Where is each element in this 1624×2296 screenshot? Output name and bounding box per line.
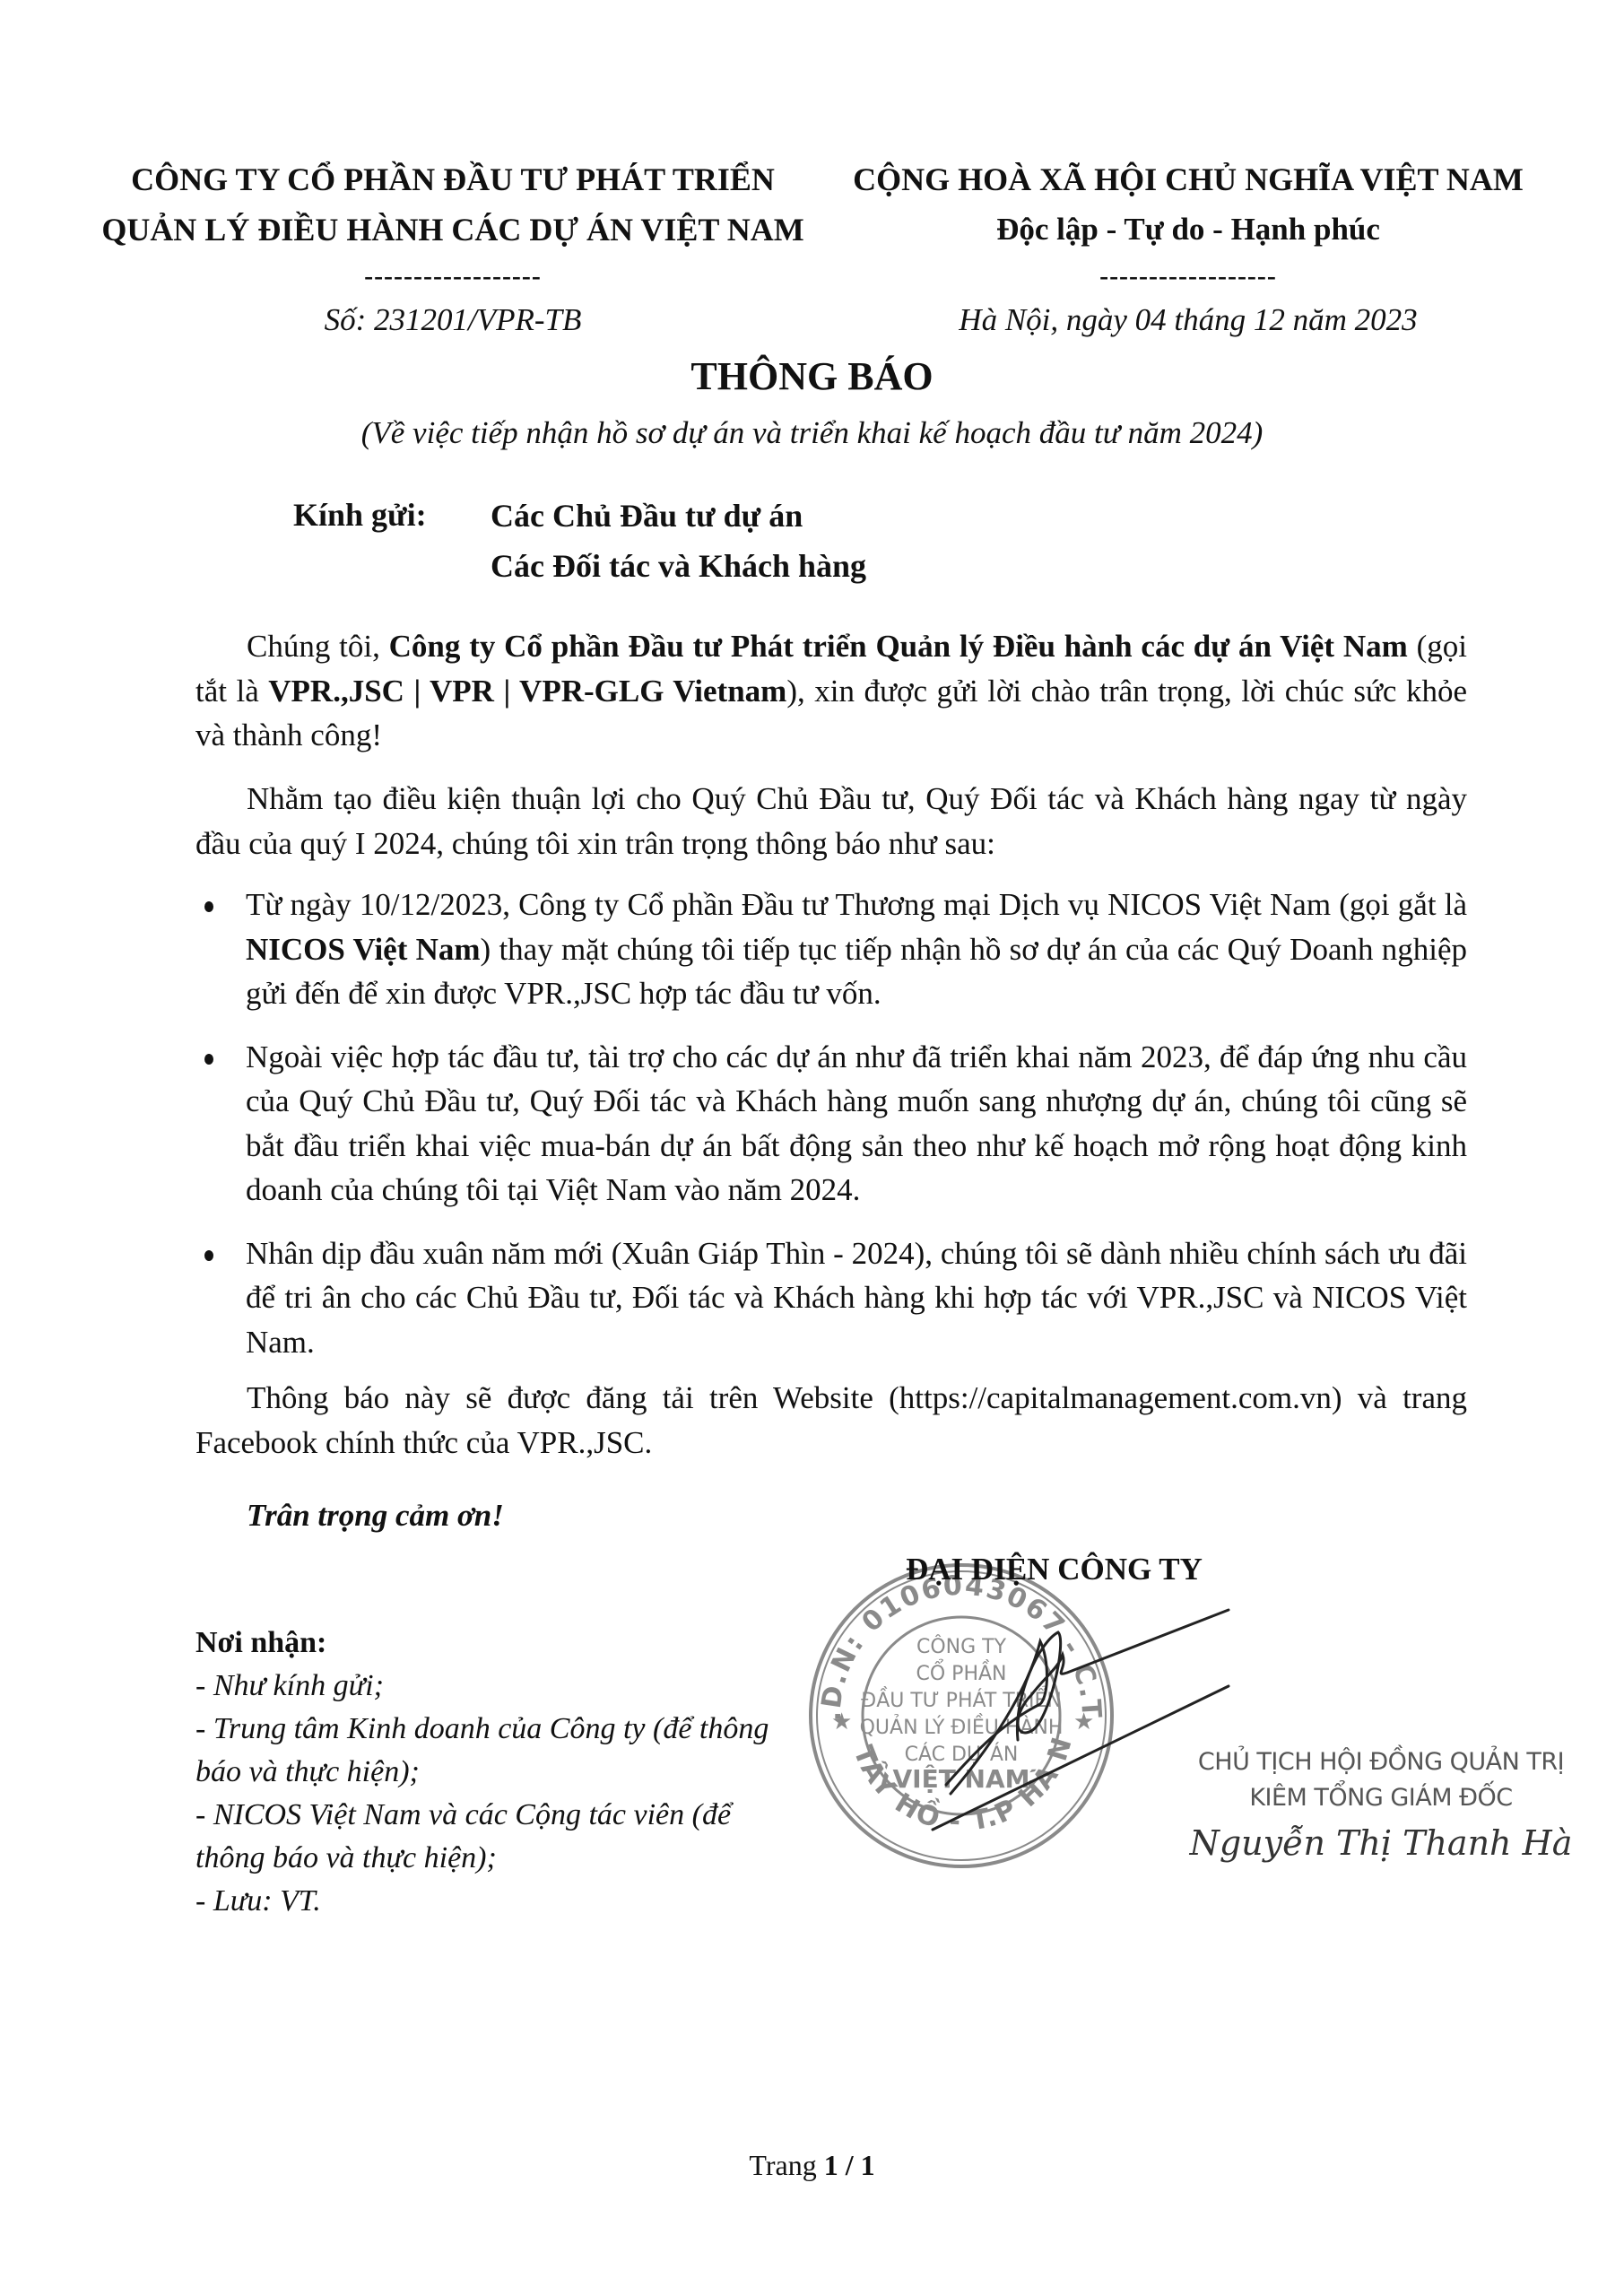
bullet-text: Ngoài việc hợp tác đầu tư, tài trợ cho c… <box>246 1039 1467 1208</box>
issuer-company-line2: QUẢN LÝ ĐIỀU HÀNH CÁC DỰ ÁN VIỆT NAM <box>85 204 821 255</box>
intro-paragraph: Chúng tôi, Công ty Cổ phần Đầu tư Phát t… <box>195 624 1467 758</box>
thanks-line: Trân trọng cảm ơn! <box>247 1493 504 1538</box>
signatory-role: CHỦ TỊCH HỘI ĐỒNG QUẢN TRỊ <box>1184 1744 1578 1780</box>
national-motto: Độc lập - Tự do - Hạnh phúc <box>812 204 1565 255</box>
purpose-text: Nhằm tạo điều kiện thuận lợi cho Quý Chủ… <box>195 777 1467 865</box>
intro-prefix: Chúng tôi, <box>247 629 389 664</box>
announcement-bullets: Từ ngày 10/12/2023, Công ty Cổ phần Đầu … <box>195 883 1467 1383</box>
distribution-list: Nơi nhận: - Như kính gửi; - Trung tâm Ki… <box>195 1622 769 1923</box>
place-date: Hà Nội, ngày 04 tháng 12 năm 2023 <box>812 298 1565 343</box>
national-title: CỘNG HOÀ XÃ HỘI CHỦ NGHĨA VIỆT NAM <box>812 154 1565 204</box>
bullet-icon <box>204 901 213 912</box>
document-subtitle: (Về việc tiếp nhận hồ sơ dự án và triển … <box>0 411 1624 456</box>
page-footer: Trang 1 / 1 <box>0 2145 1624 2185</box>
bullet-text: Từ ngày 10/12/2023, Công ty Cổ phần Đầu … <box>246 887 1467 922</box>
issuer-header: CÔNG TY CỔ PHẦN ĐẦU TƯ PHÁT TRIỂN QUẢN L… <box>85 154 821 343</box>
closing-text: Thông báo này sẽ được đăng tải trên Webs… <box>195 1376 1467 1465</box>
signatory-block: CHỦ TỊCH HỘI ĐỒNG QUẢN TRỊ KIÊM TỔNG GIÁ… <box>1184 1744 1578 1868</box>
bullet-bold-text: NICOS Việt Nam <box>246 932 481 967</box>
header-separator: ------------------ <box>812 258 1565 294</box>
representative-title: ĐẠI DIỆN CÔNG TY <box>906 1547 1203 1592</box>
company-full-name: Công ty Cổ phần Đầu tư Phát triển Quản l… <box>389 629 1408 664</box>
distribution-item: - Lưu: VT. <box>195 1880 769 1923</box>
addressee-label: Kính gửi: <box>293 491 427 539</box>
purpose-paragraph: Nhằm tạo điều kiện thuận lợi cho Quý Chủ… <box>195 777 1467 865</box>
distribution-item: - Trung tâm Kinh doanh của Công ty (để t… <box>195 1708 769 1794</box>
page-label: Trang <box>749 2149 816 2181</box>
addressee-list: Các Chủ Đầu tư dự án Các Đối tác và Khác… <box>491 491 866 591</box>
company-short-names: VPR.,JSC | VPR | VPR-GLG Vietnam <box>268 674 786 709</box>
addressee-item: Các Đối tác và Khách hàng <box>491 541 866 591</box>
addressee-item: Các Chủ Đầu tư dự án <box>491 491 866 541</box>
issuer-company-line1: CÔNG TY CỔ PHẦN ĐẦU TƯ PHÁT TRIỂN <box>85 154 821 204</box>
signatory-role: KIÊM TỔNG GIÁM ĐỐC <box>1184 1780 1578 1816</box>
svg-text:★: ★ <box>831 1709 852 1735</box>
header-separator: ------------------ <box>85 258 821 294</box>
distribution-item: - NICOS Việt Nam và các Cộng tác viên (đ… <box>195 1794 769 1880</box>
national-header: CỘNG HOÀ XÃ HỘI CHỦ NGHĨA VIỆT NAM Độc l… <box>812 154 1565 343</box>
bullet-icon <box>204 1250 213 1261</box>
distribution-heading: Nơi nhận: <box>195 1622 769 1665</box>
bullet-icon <box>204 1054 213 1065</box>
bullet-item: Ngoài việc hợp tác đầu tư, tài trợ cho c… <box>195 1035 1467 1213</box>
bullet-text: Nhân dịp đầu xuân năm mới (Xuân Giáp Thì… <box>246 1236 1467 1360</box>
signatory-name: Nguyễn Thị Thanh Hà <box>1184 1818 1578 1868</box>
distribution-item: - Như kính gửi; <box>195 1665 769 1708</box>
document-number: Số: 231201/VPR-TB <box>85 298 821 343</box>
bullet-item: Từ ngày 10/12/2023, Công ty Cổ phần Đầu … <box>195 883 1467 1016</box>
document-title: THÔNG BÁO <box>0 350 1624 404</box>
closing-paragraph: Thông báo này sẽ được đăng tải trên Webs… <box>195 1376 1467 1465</box>
page-number: 1 / 1 <box>824 2149 875 2181</box>
bullet-item: Nhân dịp đầu xuân năm mới (Xuân Giáp Thì… <box>195 1231 1467 1365</box>
